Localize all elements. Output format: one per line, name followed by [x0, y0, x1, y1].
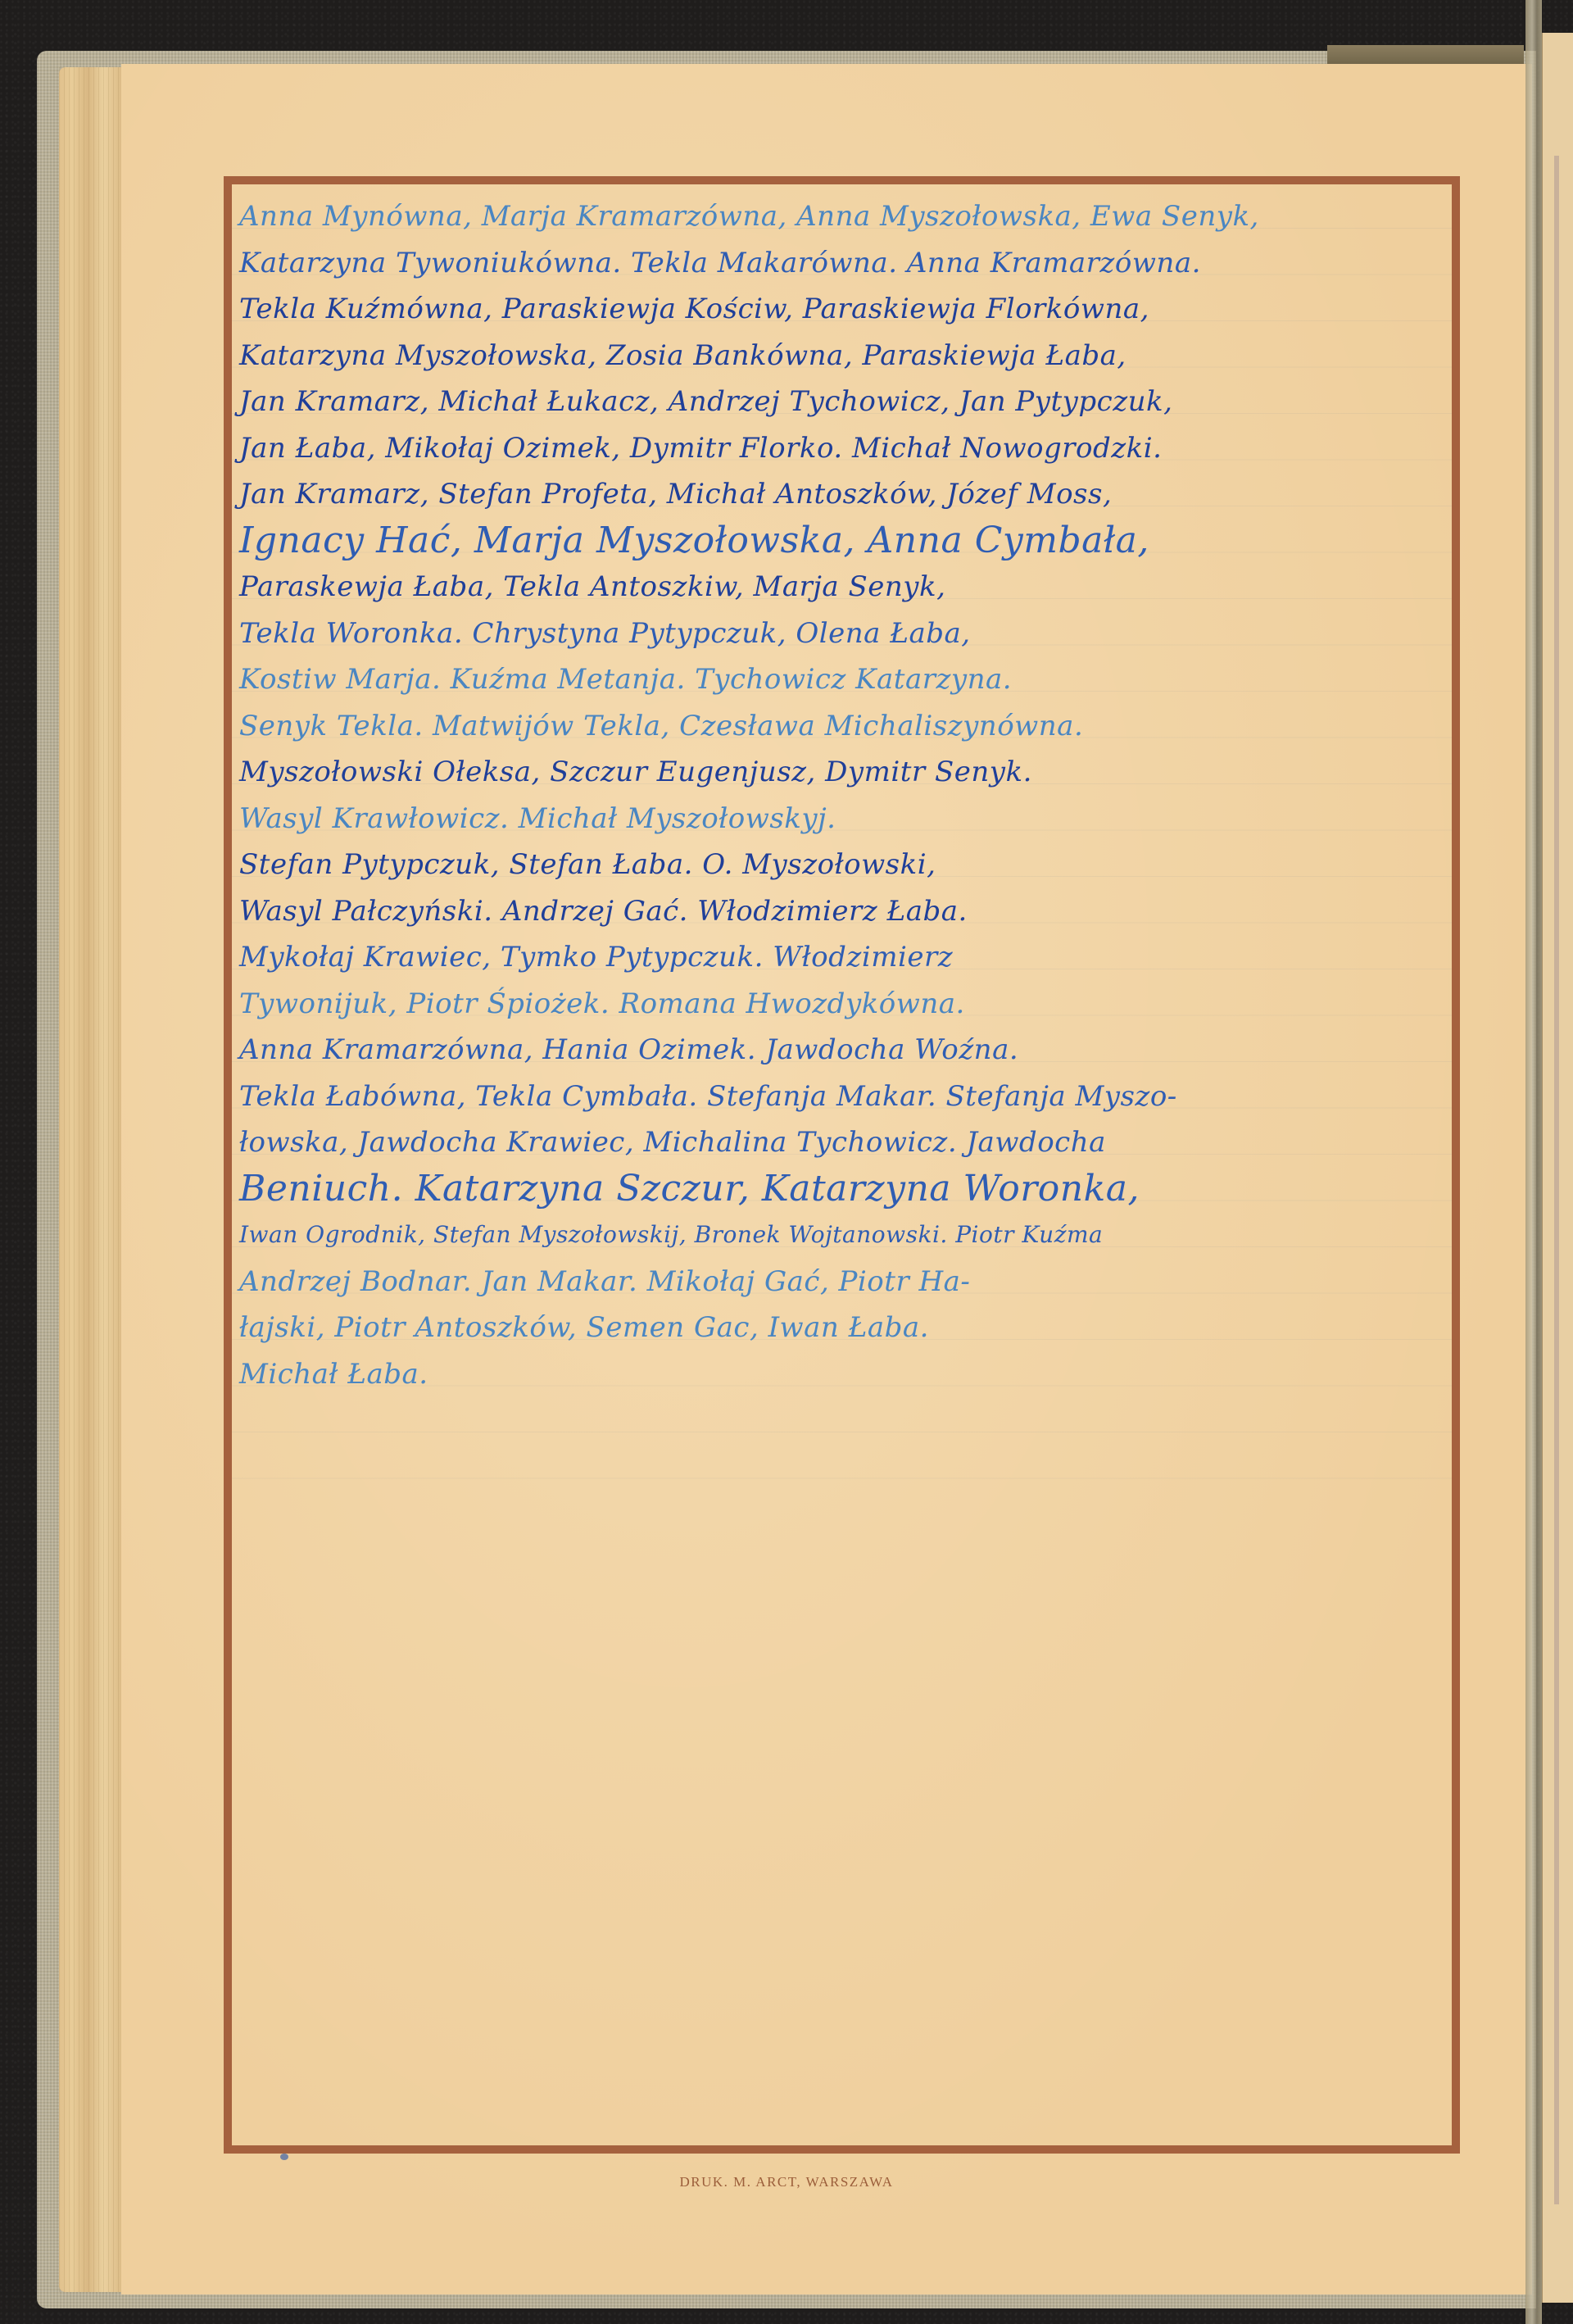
signature-line: Tekla Kuźmówna, Paraskiewja Kościw, Para… — [239, 286, 1444, 333]
book-gutter — [1525, 0, 1542, 2324]
signature-line: łowska, Jawdocha Krawiec, Michalina Tych… — [239, 1119, 1444, 1166]
signature-line: Jan Łaba, Mikołaj Ozimek, Dymitr Florko.… — [239, 425, 1444, 472]
page-block-edges — [59, 67, 123, 2292]
printer-imprint: DRUK. M. ARCT, WARSZAWA — [0, 2174, 1573, 2190]
signature-line: Senyk Tekla. Matwijów Tekla, Czesława Mi… — [239, 703, 1444, 750]
signature-line: Tekla Woronka. Chrystyna Pytypczuk, Olen… — [239, 611, 1444, 657]
signature-line: Katarzyna Tywoniukówna. Tekla Makarówna.… — [239, 240, 1444, 287]
signature-line: Wasyl Pałczyński. Andrzej Gać. Włodzimie… — [239, 888, 1444, 935]
signature-line: Iwan Ogrodnik, Stefan Myszołowskij, Bron… — [239, 1212, 1444, 1259]
signature-line: Mykołaj Krawiec, Tymko Pytypczuk. Włodzi… — [239, 934, 1444, 981]
signature-line: Michał Łaba. — [239, 1351, 1444, 1398]
signature-line: Andrzej Bodnar. Jan Makar. Mikołaj Gać, … — [239, 1259, 1444, 1305]
signature-line: Ignacy Hać, Marja Myszołowska, Anna Cymb… — [239, 518, 1444, 565]
signature-line: Tekla Łabówna, Tekla Cymbała. Stefanja M… — [239, 1073, 1444, 1120]
signature-line: Wasyl Krawłowicz. Michał Myszołowskyj. — [239, 796, 1444, 842]
signature-list: Anna Mynówna, Marja Kramarzówna, Anna My… — [239, 193, 1444, 1397]
signature-line: Tywonijuk, Piotr Śpiożek. Romana Hwozdyk… — [239, 981, 1444, 1028]
signature-line: Jan Kramarz, Stefan Profeta, Michał Anto… — [239, 471, 1444, 518]
signature-line: Myszołowski Ołeksa, Szczur Eugenjusz, Dy… — [239, 749, 1444, 796]
signature-line: Paraskewja Łaba, Tekla Antoszkiw, Marja … — [239, 564, 1444, 611]
signature-line: Katarzyna Myszołowska, Zosia Bankówna, P… — [239, 333, 1444, 379]
cover-top-edge — [1327, 45, 1524, 66]
signature-line: Kostiw Marja. Kuźma Metanja. Tychowicz K… — [239, 656, 1444, 703]
facing-page-frame — [1554, 156, 1573, 2204]
signature-line: łajski, Piotr Antoszków, Semen Gac, Iwan… — [239, 1305, 1444, 1351]
signature-line: Anna Kramarzówna, Hania Ozimek. Jawdocha… — [239, 1027, 1444, 1073]
ink-blot — [280, 2154, 288, 2160]
facing-page-edge — [1542, 33, 1573, 2303]
signature-line: Stefan Pytypczuk, Stefan Łaba. O. Myszoł… — [239, 842, 1444, 888]
signature-line: Jan Kramarz, Michał Łukacz, Andrzej Tych… — [239, 379, 1444, 425]
signature-line: Beniuch. Katarzyna Szczur, Katarzyna Wor… — [239, 1166, 1444, 1213]
signature-line: Anna Mynówna, Marja Kramarzówna, Anna My… — [239, 193, 1444, 240]
